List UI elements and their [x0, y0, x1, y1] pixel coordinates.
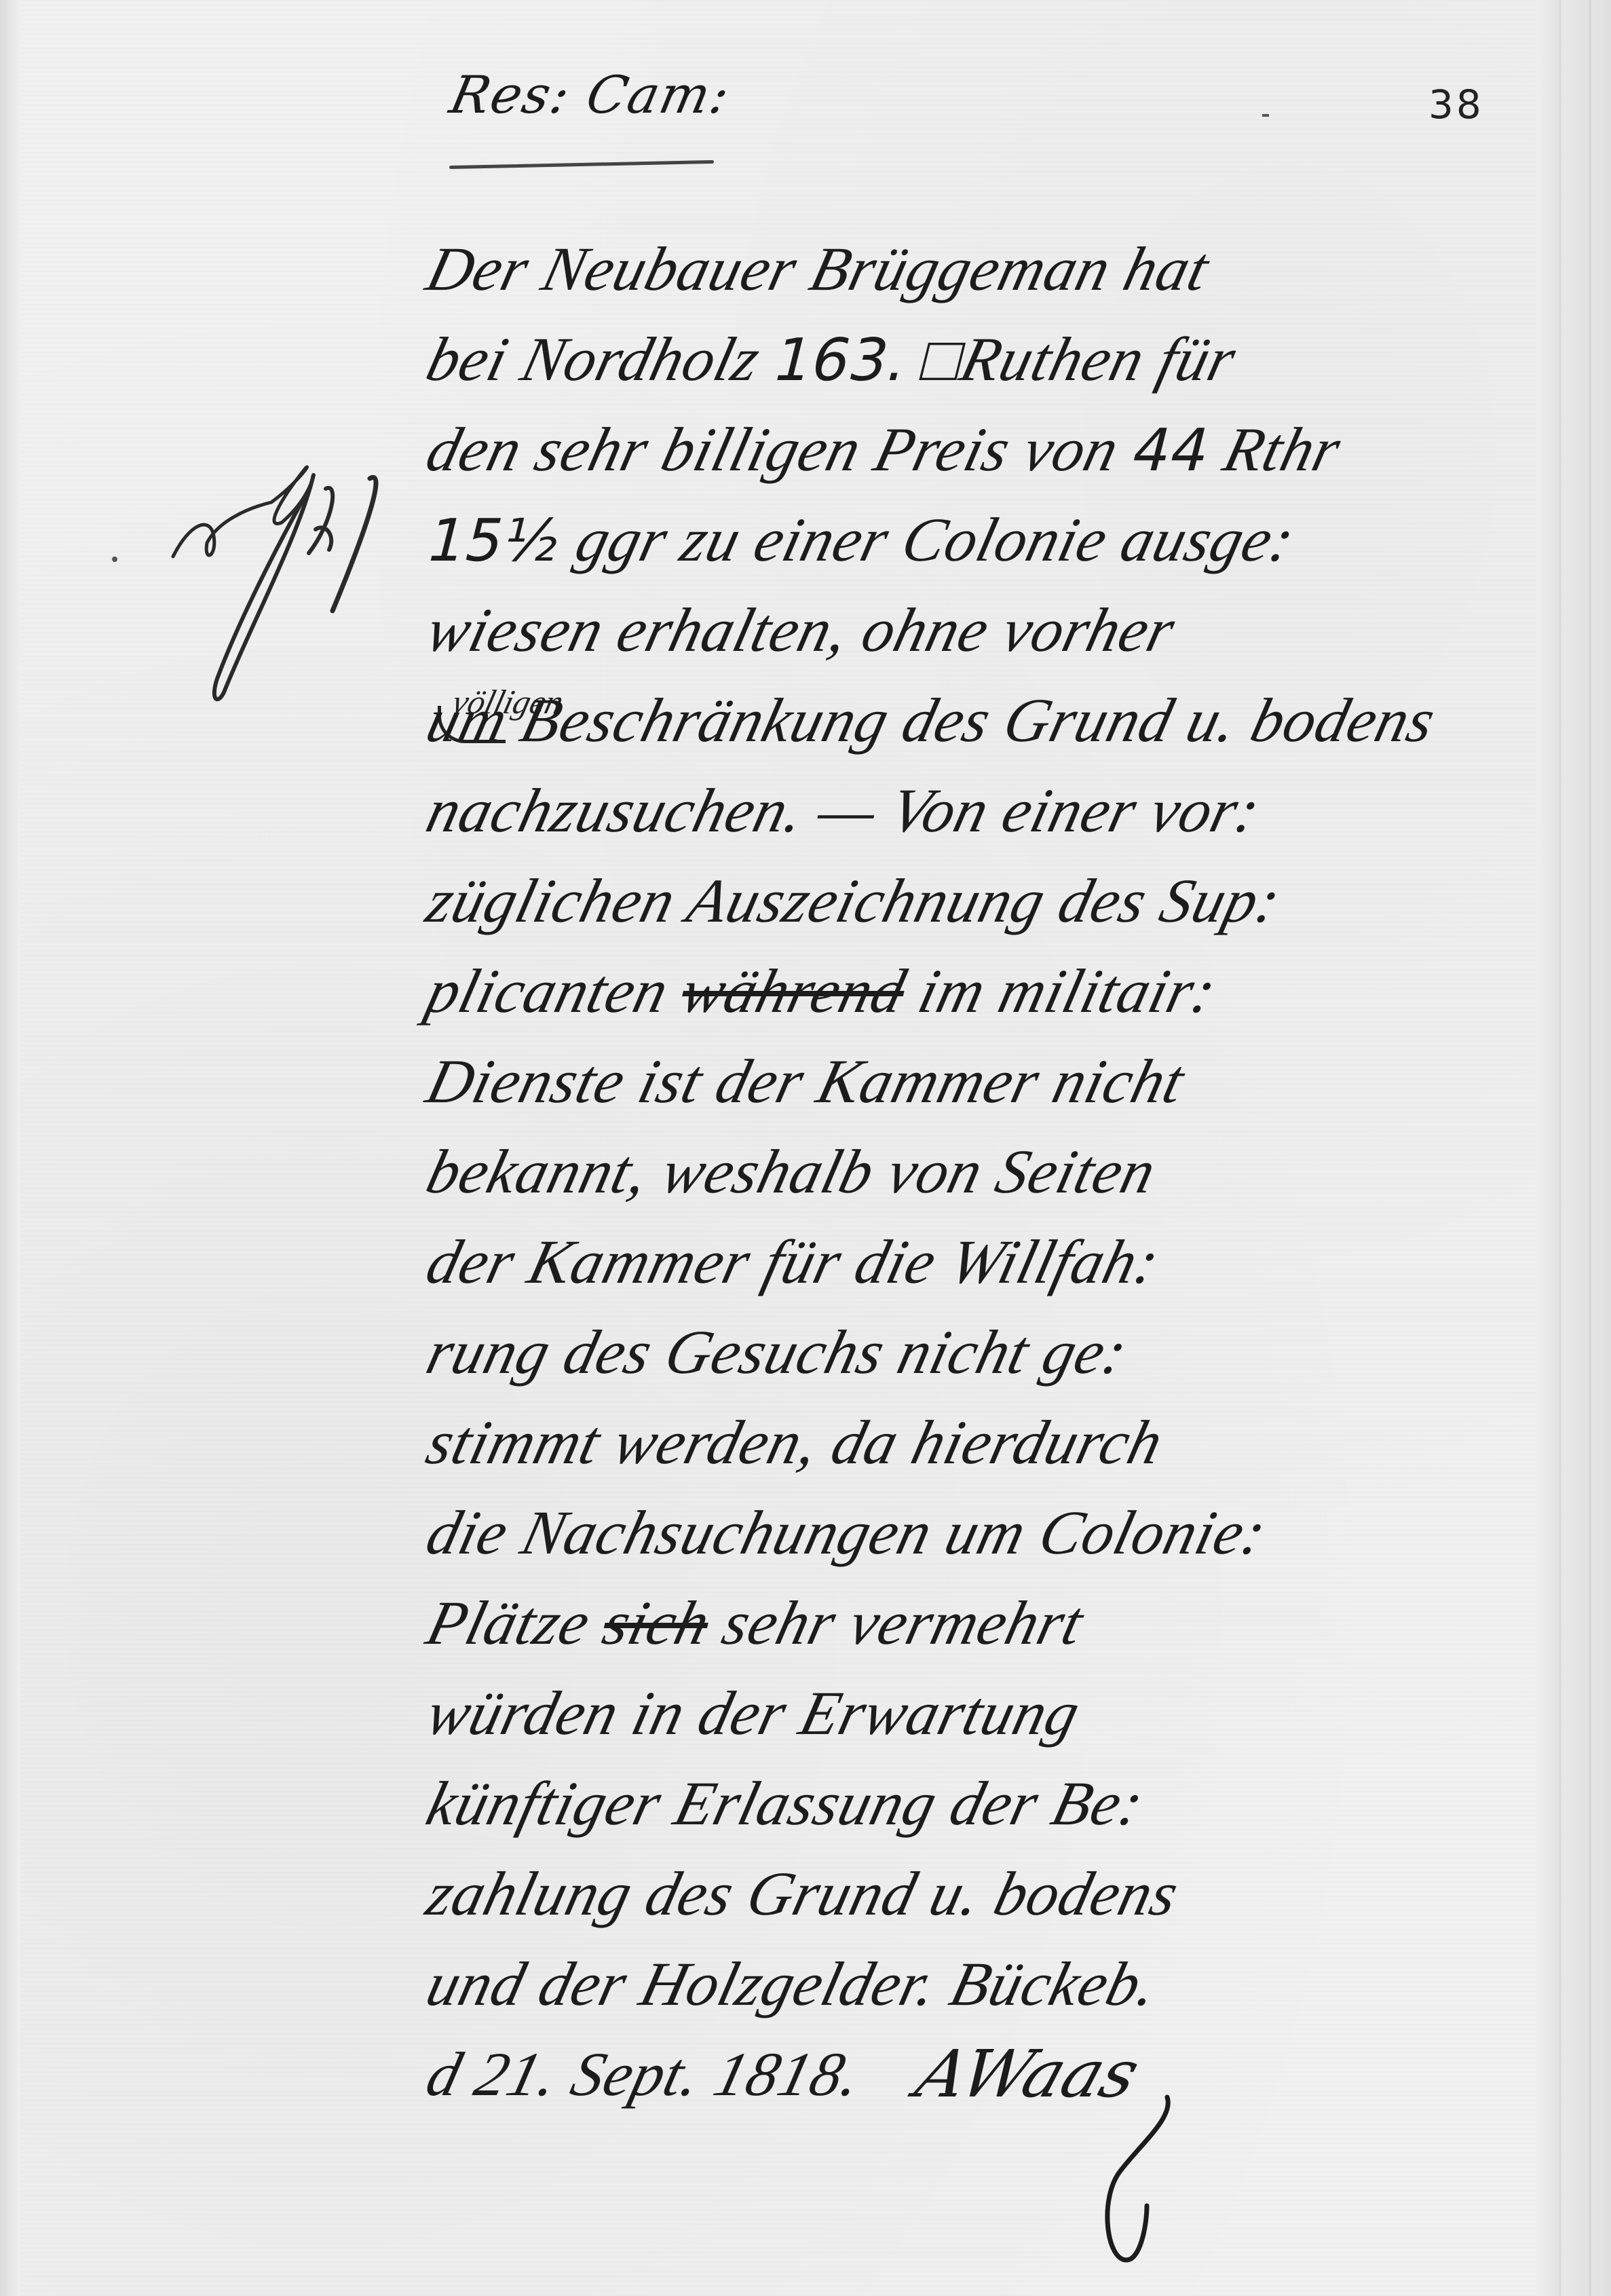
text-line: Dienste ist der Kammer nicht [417, 1036, 1593, 1127]
text-line: zahlung des Grund u. bodens [417, 1849, 1593, 1939]
struck-word: sich [596, 1588, 717, 1657]
text-line: züglichen Auszeichnung des Sup: [417, 856, 1593, 946]
text-line: und der Holzgelder. Bückeb. [417, 1939, 1593, 2029]
manuscript-page: Res: Cam: 38 völligen Der Neubauer Brügg… [0, 0, 1611, 2296]
text-line: bekannt, weshalb von Seiten [417, 1127, 1593, 1217]
ink-speck [112, 557, 117, 562]
text-line: 15½ ggr zu einer Colonie ausge: [417, 495, 1593, 585]
document-heading: Res: Cam: [445, 64, 736, 125]
text-line: Plätze sich sehr vermehrt [417, 1578, 1593, 1668]
ink-speck [1262, 114, 1269, 117]
text-line: wiesen erhalten, ohne vorher [417, 585, 1593, 675]
text-line: nachzusuchen. — Von einer vor: [417, 766, 1593, 856]
marginal-initials-icon [163, 421, 387, 706]
text-line: Der Neubauer Brüggeman hat [417, 224, 1593, 314]
folio-number: 38 [1428, 81, 1484, 128]
heading-underline [449, 160, 714, 169]
text-line: plicanten während im militair: [417, 946, 1593, 1036]
text-line: die Nachsuchungen um Colonie: [417, 1488, 1593, 1578]
page-left-edge [0, 0, 20, 2296]
text-line: künftiger Erlassung der Be: [417, 1758, 1593, 1849]
text-line: bei Nordholz 163. □Ruthen für [417, 314, 1593, 404]
text-line: rung des Gesuchs nicht ge: [417, 1307, 1593, 1397]
text-line: stimmt werden, da hierdurch [417, 1397, 1593, 1488]
text-line: den sehr billigen Preis von 44 Rthr [417, 404, 1593, 495]
text-line: würden in der Erwartung [417, 1668, 1593, 1758]
body-text: Der Neubauer Brüggeman hat bei Nordholz … [417, 224, 1571, 2120]
text-line: der Kammer für die Willfah: [417, 1217, 1593, 1307]
struck-word: während [675, 956, 913, 1025]
signature-flourish-icon [1099, 2090, 1194, 2267]
text-line: um Beschränkung des Grund u. bodens [417, 675, 1593, 766]
